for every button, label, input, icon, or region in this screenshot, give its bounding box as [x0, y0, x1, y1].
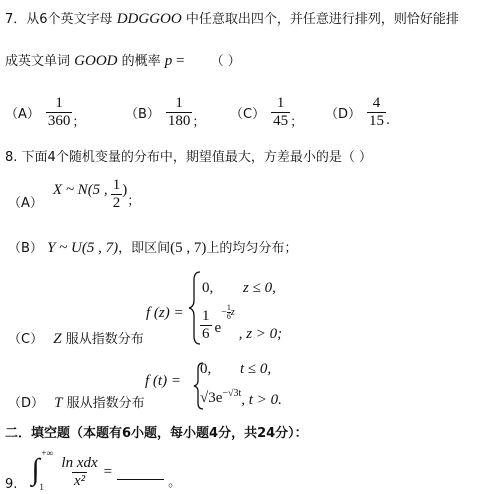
q9-number: 9.: [5, 477, 17, 492]
q8-d-case1: 0,: [200, 361, 211, 378]
q8-option-d-label: （D） T 服从指数分布: [8, 392, 145, 412]
q7-line2: 成英文单词 GOOD 的概率 p = （ ）: [5, 50, 241, 70]
q7-option-a: （A） 1 360 ；: [5, 95, 125, 130]
q8-c-case1-cond: z ≤ 0,: [243, 280, 276, 297]
q9: 9. ∫ +∞ 1 ln xdx x² = 。: [5, 452, 181, 492]
q8-option-c-label: （C） Z 服从指数分布: [8, 328, 144, 348]
q8-option-b: （B） Y ~ U(5 , 7)，即区间(5 , 7)上的均匀分布；: [8, 237, 297, 257]
fraction: ln xdx x²: [59, 455, 99, 490]
q8-option-c-func: f (z) =: [146, 305, 184, 322]
q7-option-c: （C） 1 45 ；: [230, 95, 325, 130]
q7-number: 7．: [5, 12, 26, 27]
fraction: 1 6: [200, 308, 212, 343]
q7-letters: DDGGOO: [117, 11, 182, 27]
q8-d-case1-cond: t ≤ 0,: [240, 361, 271, 378]
q8-number: 8.: [5, 150, 17, 165]
fraction: 4 15: [367, 95, 386, 130]
q7-option-d: （D） 4 15 .: [325, 95, 390, 130]
q8-c-case1: 0,: [202, 280, 213, 297]
answer-blank[interactable]: [117, 465, 164, 480]
fraction: 1 2: [111, 177, 123, 212]
fraction: 1 180: [166, 95, 193, 130]
section-heading: 二．填空题（本题有6小题，每小题4分，共24分）：: [5, 422, 308, 441]
q7-line1: 7．从6个英文字母 DDGGOO 中任意取出四个，并任意进行排列，则恰好能排: [5, 8, 459, 28]
q8-stem: 8. 下面4个随机变量的分布中，期望值最大，方差最小的是（ ）: [5, 146, 372, 165]
q8-option-d-func: f (t) =: [145, 373, 181, 390]
q7-word: GOOD: [74, 53, 117, 69]
integral-sign: ∫ +∞ 1: [31, 452, 55, 492]
q8-option-a: （A） X ~ N(5 , 1 2 ) ；: [8, 177, 140, 212]
q7-option-b: （B） 1 180 ；: [125, 95, 230, 130]
fraction: 1 360: [46, 95, 73, 130]
q7-options: （A） 1 360 ； （B） 1 180 ； （C） 1 45 ； （D） 4…: [5, 95, 390, 130]
answer-paren: （ ）: [211, 54, 241, 69]
q8-d-case2: √3e −√3t , t > 0.: [200, 388, 282, 409]
q8-c-case2: 1 6 e − 1 6 z , z > 0;: [200, 308, 282, 343]
fraction: 1 45: [271, 95, 290, 130]
